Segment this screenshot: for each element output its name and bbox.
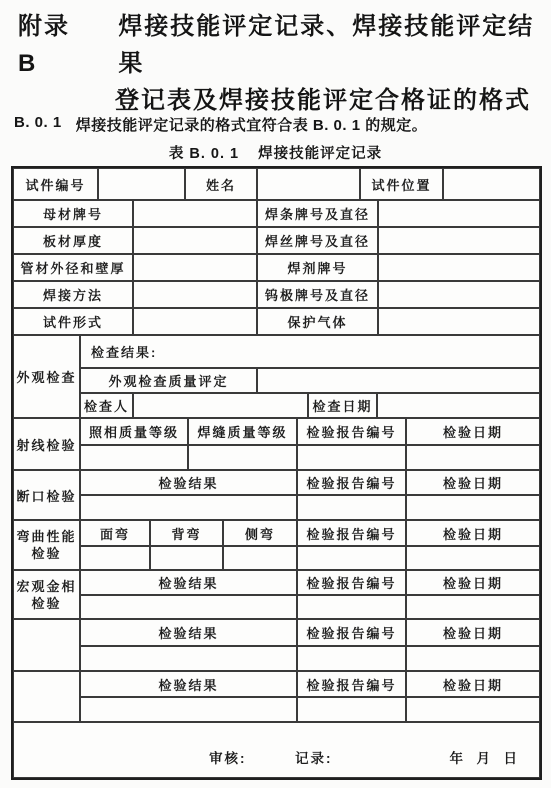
flux-label: 焊剂牌号 <box>257 254 378 281</box>
base-metal-value-cell <box>133 200 257 227</box>
signature-row: 审核: 记录: 年 月 日 <box>13 722 540 778</box>
pipe-od-label: 管材外径和壁厚 <box>13 254 133 281</box>
macro-section-label-line2: 检验 <box>31 595 61 612</box>
specimen-no-label: 试件编号 <box>13 168 98 200</box>
bend-side-value-cell <box>223 546 297 570</box>
extra1-report-no-label: 检验报告编号 <box>297 619 406 646</box>
ray-report-no-label: 检验报告编号 <box>297 418 406 445</box>
extra2-result-label: 检验结果 <box>80 671 297 697</box>
ray-photo-grade-label: 照相质量等级 <box>80 418 188 445</box>
extra1-report-no-value-cell <box>297 646 406 671</box>
macro-report-no-label: 检验报告编号 <box>297 570 406 595</box>
extra2-date-label: 检验日期 <box>406 671 540 697</box>
visual-quality-label: 外观检查质量评定 <box>80 368 257 393</box>
position-label: 试件位置 <box>360 168 443 200</box>
wire-label: 焊丝牌号及直径 <box>257 227 378 254</box>
fracture-result-value-cell <box>80 495 297 520</box>
macro-section-label-line1: 宏观金相 <box>16 578 76 595</box>
record-label: 记录: <box>295 747 333 767</box>
bend-section-label-line1: 弯曲性能 <box>16 528 76 545</box>
appendix-title: 附录 B 焊接技能评定记录、焊接技能评定结果 登记表及焊接技能评定合格证的格式 <box>18 8 551 119</box>
extra2-result-value-cell <box>80 697 297 722</box>
pipe-od-value-cell <box>133 254 257 281</box>
tungsten-value-cell <box>378 281 540 308</box>
extra2-date-value-cell <box>406 697 540 722</box>
tungsten-label: 钨极牌号及直径 <box>257 281 378 308</box>
ray-weld-grade-value-cell <box>188 445 297 470</box>
inspection-date-label: 检查日期 <box>308 393 377 418</box>
macro-result-label: 检验结果 <box>80 570 297 595</box>
macro-section-label: 宏观金相 检验 <box>13 570 80 619</box>
bend-date-value-cell <box>406 546 540 570</box>
shielding-gas-label: 保护气体 <box>257 308 378 335</box>
extra2-report-no-label: 检验报告编号 <box>297 671 406 697</box>
welding-method-value-cell <box>133 281 257 308</box>
visual-quality-value-cell <box>257 368 540 393</box>
electrode-value-cell <box>378 200 540 227</box>
ray-photo-grade-value-cell <box>80 445 188 470</box>
bend-report-no-label: 检验报告编号 <box>297 520 406 546</box>
bend-side-label: 侧弯 <box>223 520 297 546</box>
extra1-section-label-cell <box>13 619 80 671</box>
ray-weld-grade-label: 焊缝质量等级 <box>188 418 297 445</box>
ray-date-value-cell <box>406 445 540 470</box>
bend-section-label-line2: 检验 <box>31 545 61 562</box>
inspector-label: 检查人 <box>80 393 133 418</box>
specimen-no-value-cell <box>98 168 185 200</box>
review-label: 审核: <box>209 747 247 767</box>
bend-face-label: 面弯 <box>80 520 150 546</box>
extra2-report-no-value-cell <box>297 697 406 722</box>
extra1-result-label: 检验结果 <box>80 619 297 646</box>
name-label: 姓名 <box>185 168 257 200</box>
fracture-section-label: 断口检验 <box>13 470 80 520</box>
macro-date-value-cell <box>406 595 540 619</box>
appendix-number: 附录 B <box>18 8 96 82</box>
visual-section-label: 外观检查 <box>13 335 80 418</box>
visual-result-cell: 检查结果: <box>80 335 540 368</box>
clause-text: 焊接技能评定记录的格式宜符合表 B. 0. 1 的规定。 <box>76 114 428 135</box>
macro-result-value-cell <box>80 595 297 619</box>
name-value-cell <box>257 168 360 200</box>
wire-value-cell <box>378 227 540 254</box>
inspector-value-cell <box>133 393 308 418</box>
macro-date-label: 检验日期 <box>406 570 540 595</box>
extra2-section-label-cell <box>13 671 80 722</box>
fracture-date-label: 检验日期 <box>406 470 540 495</box>
bend-date-label: 检验日期 <box>406 520 540 546</box>
extra1-result-value-cell <box>80 646 297 671</box>
bend-back-value-cell <box>150 546 223 570</box>
fracture-result-label: 检验结果 <box>80 470 297 495</box>
fracture-report-no-value-cell <box>297 495 406 520</box>
table-caption: 表 B. 0. 1 焊接技能评定记录 <box>0 142 551 163</box>
fracture-date-value-cell <box>406 495 540 520</box>
fracture-report-no-label: 检验报告编号 <box>297 470 406 495</box>
bend-report-no-value-cell <box>297 546 406 570</box>
extra1-date-value-cell <box>406 646 540 671</box>
plate-thickness-label: 板材厚度 <box>13 227 133 254</box>
date-ymd-label: 年 月 日 <box>450 747 518 767</box>
electrode-label: 焊条牌号及直径 <box>257 200 378 227</box>
base-metal-label: 母材牌号 <box>13 200 133 227</box>
assessment-record-table: 试件编号 姓名 试件位置 母材牌号 焊条牌号及直径 板材厚度 焊丝牌号及直径 管… <box>11 166 542 780</box>
macro-report-no-value-cell <box>297 595 406 619</box>
ray-date-label: 检验日期 <box>406 418 540 445</box>
document-page: 附录 B 焊接技能评定记录、焊接技能评定结果 登记表及焊接技能评定合格证的格式 … <box>0 0 551 788</box>
position-value-cell <box>443 168 540 200</box>
clause-number: B. 0. 1 <box>14 114 62 135</box>
ray-section-label: 射线检验 <box>13 418 80 470</box>
appendix-title-line1: 焊接技能评定记录、焊接技能评定结果 <box>118 8 551 82</box>
shielding-gas-value-cell <box>378 308 540 335</box>
flux-value-cell <box>378 254 540 281</box>
table-caption-number: 表 B. 0. 1 <box>169 146 239 162</box>
table-caption-text: 焊接技能评定记录 <box>258 146 382 162</box>
specimen-form-label: 试件形式 <box>13 308 133 335</box>
ray-report-no-value-cell <box>297 445 406 470</box>
extra1-date-label: 检验日期 <box>406 619 540 646</box>
bend-face-value-cell <box>80 546 150 570</box>
inspection-date-value-cell <box>377 393 540 418</box>
specimen-form-value-cell <box>133 308 257 335</box>
clause-b01: B. 0. 1 焊接技能评定记录的格式宜符合表 B. 0. 1 的规定。 <box>14 114 427 135</box>
plate-thickness-value-cell <box>133 227 257 254</box>
bend-back-label: 背弯 <box>150 520 223 546</box>
welding-method-label: 焊接方法 <box>13 281 133 308</box>
bend-section-label: 弯曲性能 检验 <box>13 520 80 570</box>
